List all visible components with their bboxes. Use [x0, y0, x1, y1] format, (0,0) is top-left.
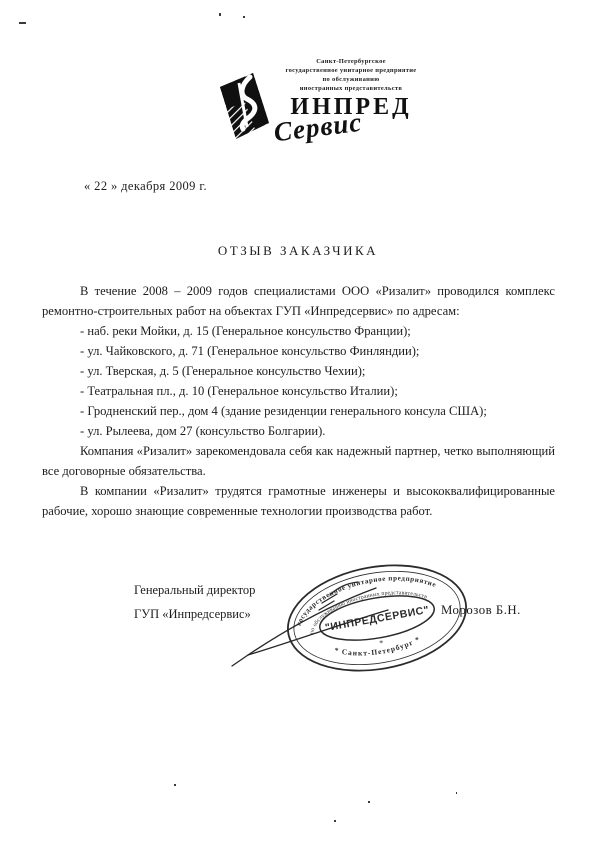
scan-artifact [174, 784, 176, 786]
address-item: - Гродненский пер., дом 4 (здание резиде… [42, 401, 555, 421]
address-item: - наб. реки Мойки, д. 15 (Генеральное ко… [42, 321, 555, 341]
scan-artifact [334, 820, 336, 822]
address-item: - ул. Чайковского, д. 71 (Генеральное ко… [42, 341, 555, 361]
address-item: - Театральная пл., д. 10 (Генеральное ко… [42, 381, 555, 401]
pen-signature [226, 573, 481, 673]
letterhead-org-name: Санкт-Петербургское государственное унит… [272, 57, 430, 93]
scan-artifact [368, 801, 370, 803]
document-body: В течение 2008 – 2009 годов специалистам… [42, 281, 555, 521]
scan-artifact [19, 22, 26, 24]
org-name-line: государственное унитарное предприятие [272, 66, 430, 75]
paragraph-staff: В компании «Ризалит» трудятся грамотные … [42, 481, 555, 521]
document-title: ОТЗЫВ ЗАКАЗЧИКА [0, 243, 596, 259]
org-name-line: иностранных представительств [272, 84, 430, 93]
scan-artifact [219, 13, 221, 16]
scan-artifact [243, 16, 245, 18]
org-name-line: Санкт-Петербургское [272, 57, 430, 66]
address-item: - ул. Рылеева, дом 27 (консульство Болга… [42, 421, 555, 441]
document-date: « 22 » декабря 2009 г. [84, 179, 207, 194]
paragraph-recommendation: Компания «Ризалит» зарекомендовала себя … [42, 441, 555, 481]
org-name-line: по обслуживанию [272, 75, 430, 84]
address-item: - ул. Тверская, д. 5 (Генеральное консул… [42, 361, 555, 381]
scanned-letter-page: Санкт-Петербургское государственное унит… [0, 0, 596, 842]
scan-artifact [456, 792, 457, 794]
paragraph-intro: В течение 2008 – 2009 годов специалистам… [42, 281, 555, 321]
